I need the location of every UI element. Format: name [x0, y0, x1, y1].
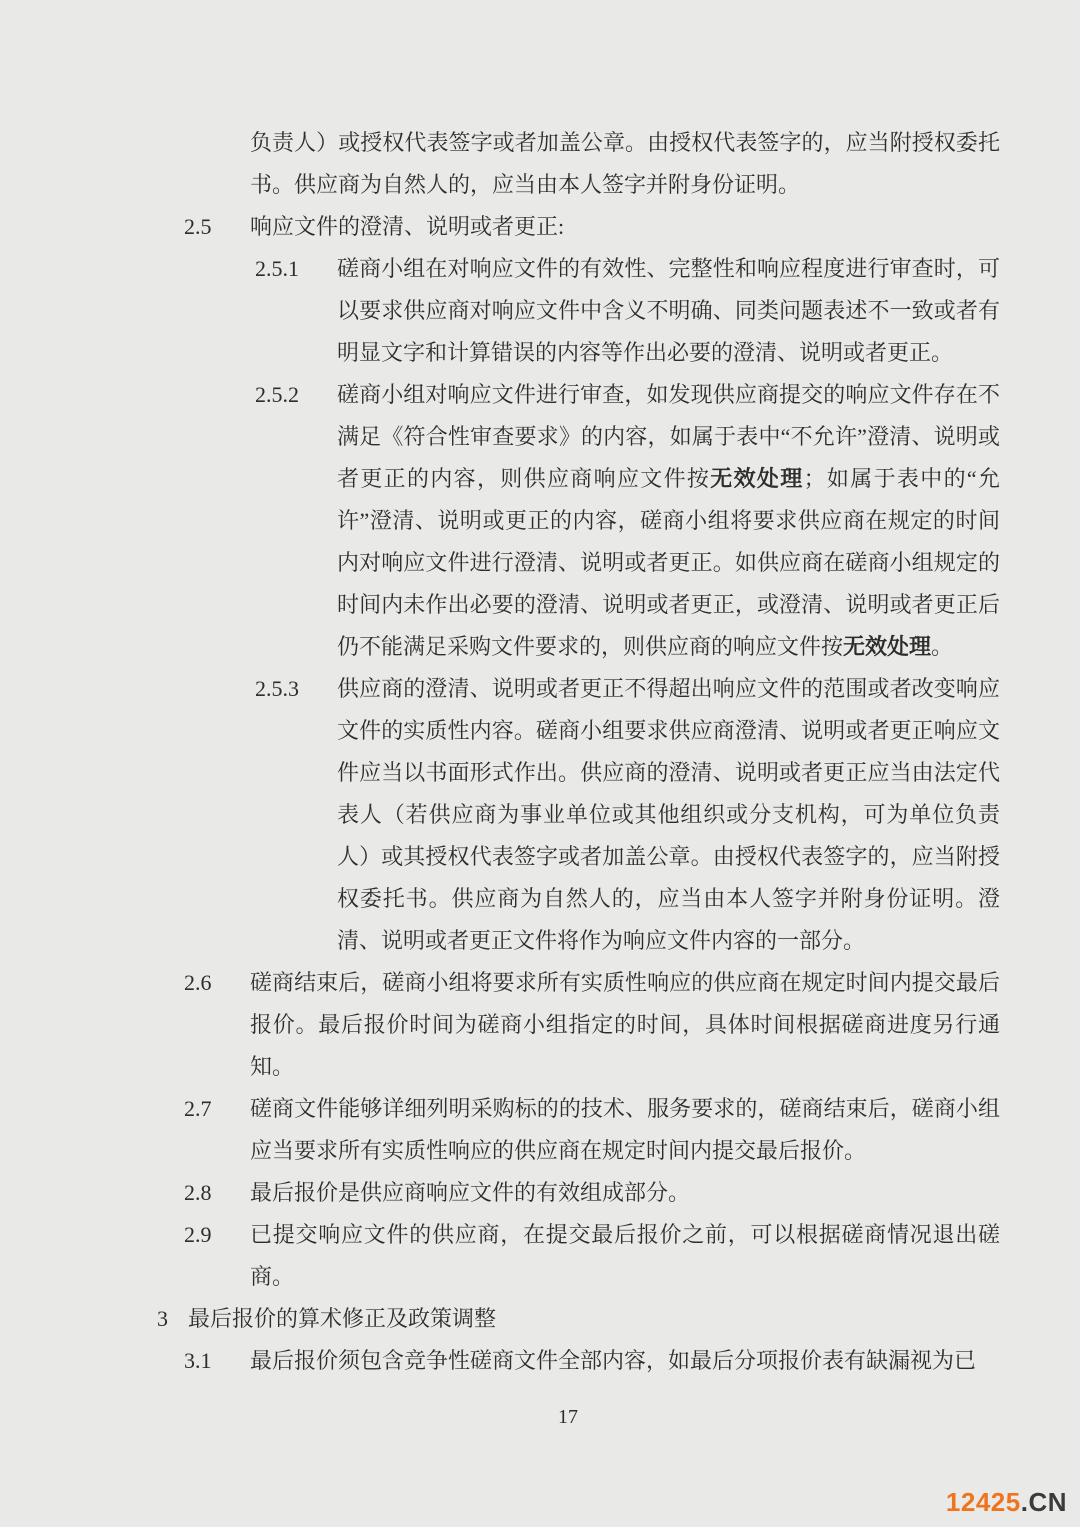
clause-text: 已提交响应文件的供应商，在提交最后报价之前，可以根据磋商情况退出磋商。 — [250, 1214, 1000, 1298]
clause-text: 磋商小组对响应文件进行审查，如发现供应商提交的响应文件存在不满足《符合性审查要求… — [337, 374, 1000, 668]
clause-text-run: 磋商小组在对响应文件的有效性、完整性和响应程度进行审查时，可以要求供应商对响应文… — [337, 256, 1000, 365]
clause-number: 2.5 — [184, 206, 212, 248]
clause-3-1: 3.1 最后报价须包含竞争性磋商文件全部内容，如最后分项报价表有缺漏视为已 — [0, 1340, 1080, 1382]
clause-text-run: 最后报价的算术修正及政策调整 — [188, 1306, 496, 1331]
clause-2-8: 2.8 最后报价是供应商响应文件的有效组成部分。 — [0, 1172, 1080, 1214]
clause-text-run: 响应文件的澄清、说明或者更正: — [250, 214, 564, 239]
clause-3: 3 最后报价的算术修正及政策调整 — [0, 1298, 1080, 1340]
document-page: 负责人）或授权代表签字或者加盖公章。由授权代表签字的，应当附授权委托书。供应商为… — [0, 0, 1080, 1527]
paragraph-continuation: 负责人）或授权代表签字或者加盖公章。由授权代表签字的，应当附授权委托书。供应商为… — [0, 122, 1080, 206]
clause-text: 最后报价须包含竞争性磋商文件全部内容，如最后分项报价表有缺漏视为已 — [250, 1340, 1000, 1382]
clause-text-run: 磋商结束后，磋商小组将要求所有实质性响应的供应商在规定时间内提交最后报价。最后报… — [250, 970, 1000, 1079]
clause-2-5: 2.5 响应文件的澄清、说明或者更正: — [0, 206, 1080, 248]
clause-text-run: 已提交响应文件的供应商，在提交最后报价之前，可以根据磋商情况退出磋商。 — [250, 1222, 1000, 1289]
clause-2-5-1: 2.5.1 磋商小组在对响应文件的有效性、完整性和响应程度进行审查时，可以要求供… — [0, 248, 1080, 374]
bold-emphasis: 无效处理 — [843, 634, 931, 659]
clause-text-run: 最后报价是供应商响应文件的有效组成部分。 — [250, 1180, 690, 1205]
clause-text-run: 磋商文件能够详细列明采购标的的技术、服务要求的，磋商结束后，磋商小组应当要求所有… — [250, 1096, 1000, 1163]
document-body: 负责人）或授权代表签字或者加盖公章。由授权代表签字的，应当附授权委托书。供应商为… — [0, 122, 1080, 1382]
page-number: 17 — [28, 1402, 1080, 1432]
clause-number: 2.5.1 — [255, 248, 299, 290]
clause-number: 3 — [157, 1298, 168, 1340]
clause-number: 2.5.3 — [255, 668, 299, 710]
clause-number: 2.6 — [184, 962, 212, 1004]
clause-number: 3.1 — [184, 1340, 212, 1382]
clause-number: 2.5.2 — [255, 374, 299, 416]
clause-text: 供应商的澄清、说明或者更正不得超出响应文件的范围或者改变响应文件的实质性内容。磋… — [337, 668, 1000, 962]
clause-2-9: 2.9 已提交响应文件的供应商，在提交最后报价之前，可以根据磋商情况退出磋商。 — [0, 1214, 1080, 1298]
clause-number: 2.7 — [184, 1088, 212, 1130]
clause-2-7: 2.7 磋商文件能够详细列明采购标的的技术、服务要求的，磋商结束后，磋商小组应当… — [0, 1088, 1080, 1172]
bold-emphasis: 无效处理 — [710, 466, 803, 491]
clause-text: 磋商小组在对响应文件的有效性、完整性和响应程度进行审查时，可以要求供应商对响应文… — [337, 248, 1000, 374]
clause-number: 2.8 — [184, 1172, 212, 1214]
clause-text: 磋商结束后，磋商小组将要求所有实质性响应的供应商在规定时间内提交最后报价。最后报… — [250, 962, 1000, 1088]
clause-text: 负责人）或授权代表签字或者加盖公章。由授权代表签字的，应当附授权委托书。供应商为… — [250, 122, 1000, 206]
clause-text: 响应文件的澄清、说明或者更正: — [250, 206, 1000, 248]
clause-2-5-2: 2.5.2 磋商小组对响应文件进行审查，如发现供应商提交的响应文件存在不满足《符… — [0, 374, 1080, 668]
clause-text: 最后报价是供应商响应文件的有效组成部分。 — [250, 1172, 1000, 1214]
clause-number: 2.9 — [184, 1214, 212, 1256]
clause-2-5-3: 2.5.3 供应商的澄清、说明或者更正不得超出响应文件的范围或者改变响应文件的实… — [0, 668, 1080, 962]
watermark-suffix: .CN — [1021, 1487, 1067, 1517]
clause-text-run: ；如属于表中的“允许”澄清、说明或更正的内容，磋商小组将要求供应商在规定的时间内… — [337, 466, 1000, 659]
watermark-brand: 12425 — [946, 1487, 1021, 1517]
clause-text-run: 。 — [931, 634, 953, 659]
clause-text-run: 最后报价须包含竞争性磋商文件全部内容，如最后分项报价表有缺漏视为已 — [250, 1348, 976, 1373]
clause-text: 磋商文件能够详细列明采购标的的技术、服务要求的，磋商结束后，磋商小组应当要求所有… — [250, 1088, 1000, 1172]
clause-text-run: 负责人）或授权代表签字或者加盖公章。由授权代表签字的，应当附授权委托书。供应商为… — [250, 130, 1000, 197]
watermark-12425cn: 12425.CN — [946, 1489, 1067, 1515]
clause-2-6: 2.6 磋商结束后，磋商小组将要求所有实质性响应的供应商在规定时间内提交最后报价… — [0, 962, 1080, 1088]
clause-text-run: 供应商的澄清、说明或者更正不得超出响应文件的范围或者改变响应文件的实质性内容。磋… — [337, 676, 1000, 953]
clause-text: 最后报价的算术修正及政策调整 — [188, 1298, 1000, 1340]
